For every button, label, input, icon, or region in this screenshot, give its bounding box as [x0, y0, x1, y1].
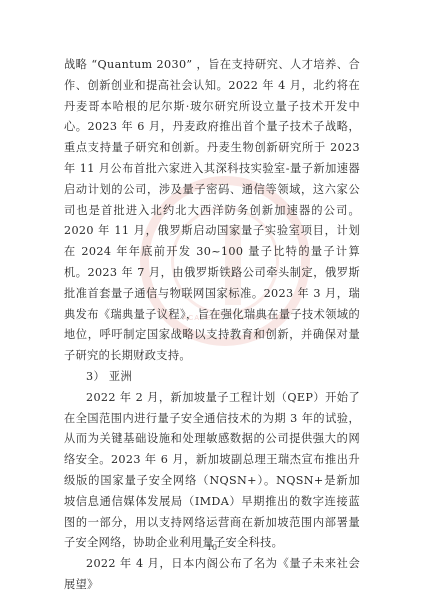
paragraph-europe-continued: 战略 “Quantum 2030” ，旨在支持研究、人才培养、合作、创新创业和提… [64, 55, 360, 367]
paragraph-singapore: 2022 年 2 月，新加坡量子工程计划（QEP）开始了在全国范围内进行量子安全… [64, 388, 360, 554]
page-number: － 10 － [0, 542, 424, 553]
body-text: 战略 “Quantum 2030” ，旨在支持研究、人才培养、合作、创新创业和提… [64, 55, 360, 596]
document-page: ACADEMY · UNIVERSITY 战略 “Quantum 2030” ，… [0, 0, 424, 600]
section-heading-asia: 3） 亚洲 [64, 367, 360, 388]
paragraph-japan: 2022 年 4 月，日本内阁公布了名为《量子未来社会展望》 [64, 554, 360, 596]
